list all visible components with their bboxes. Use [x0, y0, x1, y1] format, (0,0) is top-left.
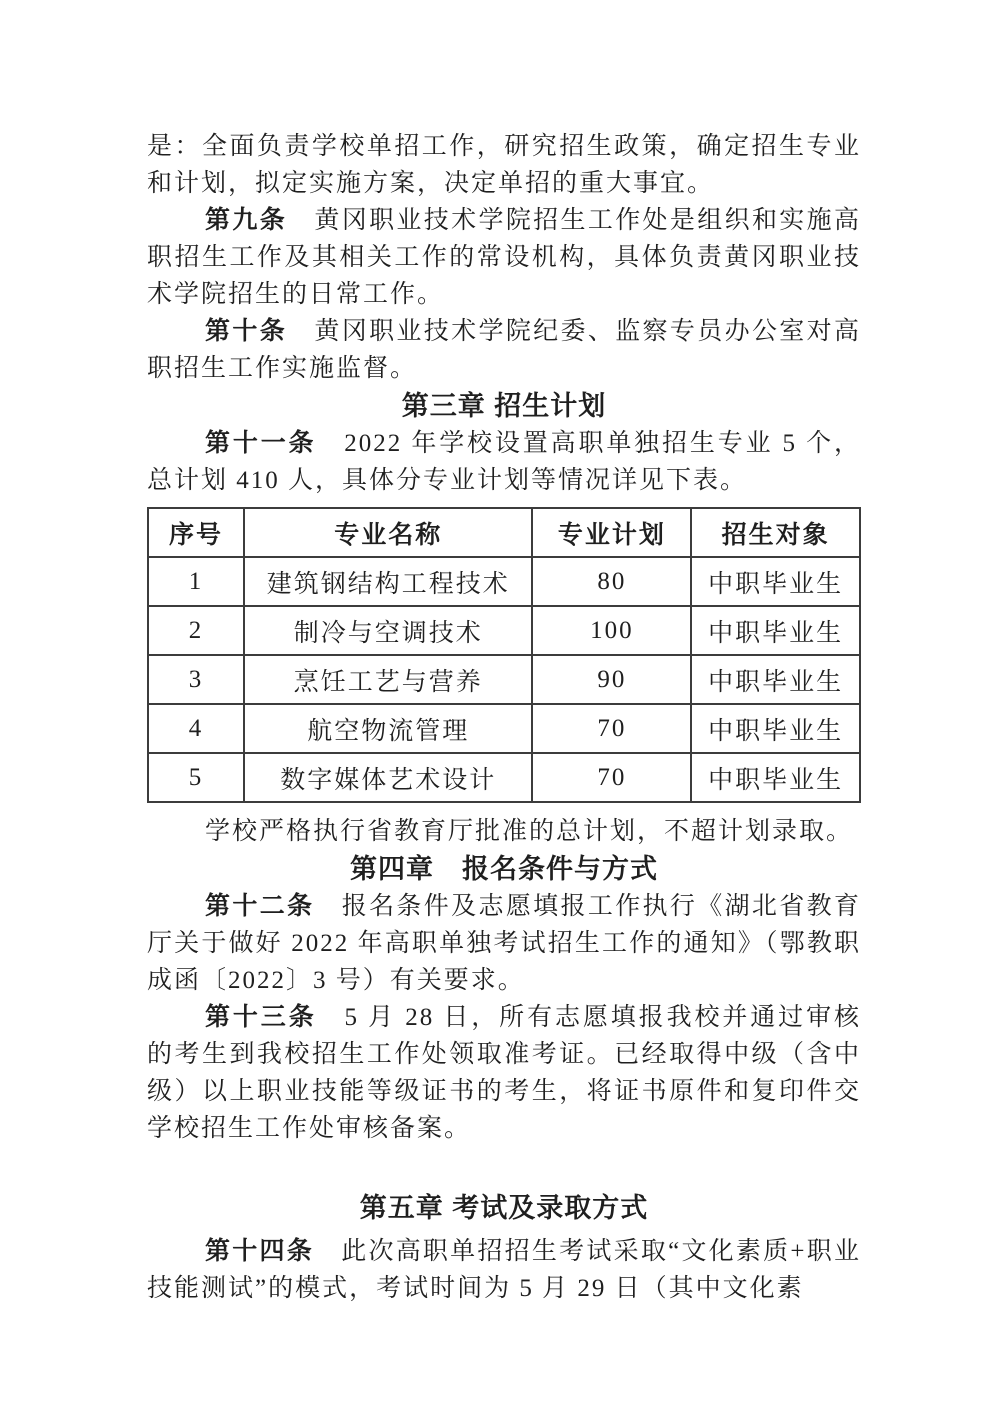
- paragraph: 第十二条 报名条件及志愿填报工作执行《湖北省教育厅关于做好 2022 年高职单独…: [147, 888, 861, 999]
- article-number: 第十条: [205, 318, 287, 345]
- table-row: 4航空物流管理70中职毕业生: [148, 704, 860, 753]
- article-number: 第十三条: [205, 1004, 317, 1031]
- paragraph: 学校严格执行省教育厅批准的总计划，不超计划录取。: [147, 813, 861, 850]
- paragraph-text: 是：全面负责学校单招工作，研究招生政策，确定招生专业和计划，拟定实施方案，决定单…: [147, 133, 861, 197]
- table-row: 1建筑钢结构工程技术80中职毕业生: [148, 557, 860, 606]
- table-cell: 中职毕业生: [691, 704, 860, 753]
- table-cell: 4: [148, 704, 244, 753]
- column-header: 专业名称: [244, 508, 532, 557]
- table-row: 2制冷与空调技术100中职毕业生: [148, 606, 860, 655]
- chapter-heading: 第四章 报名条件与方式: [147, 850, 861, 888]
- paragraph: 第十三条 5 月 28 日，所有志愿填报我校并通过审核的考生到我校招生工作处领取…: [147, 999, 861, 1147]
- table-cell: 3: [148, 655, 244, 704]
- table-cell: 烹饪工艺与营养: [244, 655, 532, 704]
- table-cell: 100: [532, 606, 691, 655]
- document-content: 是：全面负责学校单招工作，研究招生政策，确定招生专业和计划，拟定实施方案，决定单…: [147, 128, 861, 1307]
- paragraph-text: 学校严格执行省教育厅批准的总计划，不超计划录取。: [205, 818, 853, 845]
- chapter-heading: 第三章 招生计划: [147, 387, 861, 425]
- column-header: 序号: [148, 508, 244, 557]
- table-cell: 中职毕业生: [691, 606, 860, 655]
- column-header: 招生对象: [691, 508, 860, 557]
- chapter-heading: 第五章 考试及录取方式: [147, 1189, 861, 1227]
- table-cell: 中职毕业生: [691, 557, 860, 606]
- table-cell: 中职毕业生: [691, 753, 860, 802]
- paragraph: 第九条 黄冈职业技术学院招生工作处是组织和实施高职招生工作及其相关工作的常设机构…: [147, 202, 861, 313]
- table-cell: 70: [532, 704, 691, 753]
- table-row: 5数字媒体艺术设计70中职毕业生: [148, 753, 860, 802]
- article-number: 第十二条: [205, 893, 314, 920]
- table-row: 3烹饪工艺与营养90中职毕业生: [148, 655, 860, 704]
- table-cell: 数字媒体艺术设计: [244, 753, 532, 802]
- article-number: 第十一条: [205, 430, 316, 457]
- table-cell: 80: [532, 557, 691, 606]
- table-cell: 5: [148, 753, 244, 802]
- table-cell: 70: [532, 753, 691, 802]
- table-cell: 2: [148, 606, 244, 655]
- table-cell: 制冷与空调技术: [244, 606, 532, 655]
- table-cell: 航空物流管理: [244, 704, 532, 753]
- document-page: 是：全面负责学校单招工作，研究招生政策，确定招生专业和计划，拟定实施方案，决定单…: [0, 0, 1000, 1414]
- table-cell: 90: [532, 655, 691, 704]
- paragraph: 第十一条 2022 年学校设置高职单独招生专业 5 个，总计划 410 人，具体…: [147, 425, 861, 499]
- table-cell: 建筑钢结构工程技术: [244, 557, 532, 606]
- table-cell: 中职毕业生: [691, 655, 860, 704]
- enrollment-plan-table: 序号专业名称专业计划招生对象1建筑钢结构工程技术80中职毕业生2制冷与空调技术1…: [147, 507, 861, 803]
- article-number: 第十四条: [205, 1238, 314, 1265]
- column-header: 专业计划: [532, 508, 691, 557]
- paragraph: 第十四条 此次高职单招招生考试采取“文化素质+职业技能测试”的模式，考试时间为 …: [147, 1233, 861, 1307]
- article-number: 第九条: [205, 207, 287, 234]
- table-header-row: 序号专业名称专业计划招生对象: [148, 508, 860, 557]
- paragraph: 是：全面负责学校单招工作，研究招生政策，确定招生专业和计划，拟定实施方案，决定单…: [147, 128, 861, 202]
- table-cell: 1: [148, 557, 244, 606]
- paragraph: 第十条 黄冈职业技术学院纪委、监察专员办公室对高职招生工作实施监督。: [147, 313, 861, 387]
